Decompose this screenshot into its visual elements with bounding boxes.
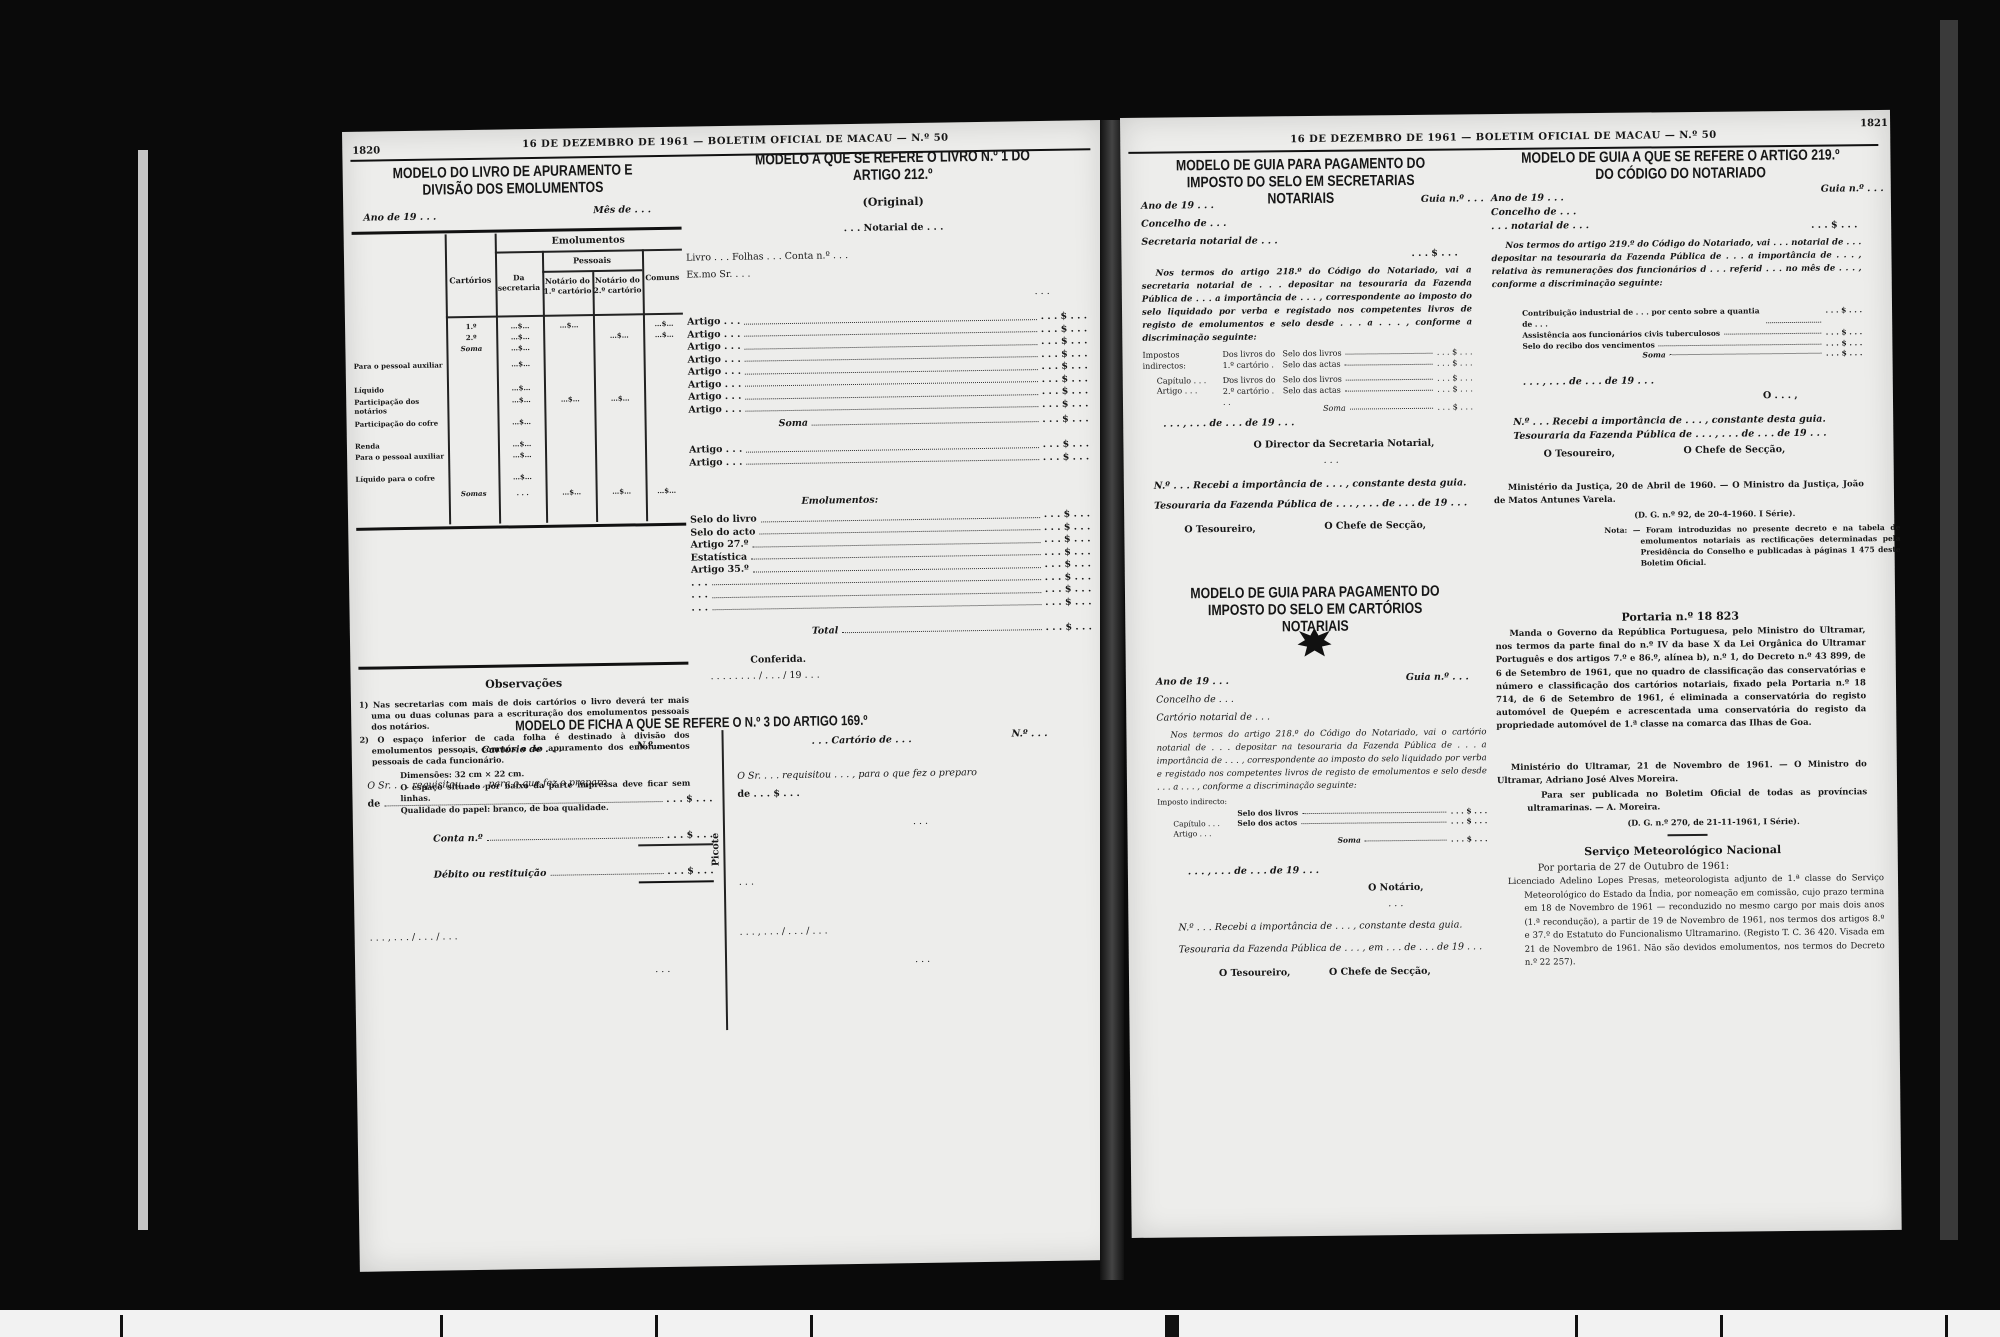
guia-219-title: MODELO DE GUIA A QUE SE REFERE O ARTIGO … [1516, 146, 1844, 183]
cell-cartorio [448, 396, 496, 397]
notarial-line: . . . Notarial de . . . [703, 218, 1083, 237]
soma-row: Soma. . . $ . . . [1642, 348, 1862, 359]
chefe-signature: O Chefe de Secção, [1329, 965, 1431, 979]
cell-n2: …$… [596, 393, 644, 403]
cell-label: Participação do cofre [355, 418, 447, 428]
col-group-emolumentos: Emolumentos [495, 233, 682, 249]
apuramento-table: Emolumentos Pessoais Cartórios Da secret… [352, 231, 687, 526]
recebi-line: N.º . . . Recebi a importância de . . . … [1178, 918, 1462, 934]
cell-n2: …$… [598, 486, 646, 496]
ellipsis: . . . [915, 953, 930, 966]
observacoes-title: Observações [359, 675, 689, 693]
cell-n1 [545, 331, 593, 332]
cell-cartorio: 1.º [447, 322, 495, 332]
cell-secretaria: …$… [497, 332, 543, 342]
cell-n1 [547, 438, 595, 439]
artigos2-list: Artigo . . .. . . $ . . .Artigo . . .. .… [689, 438, 1089, 469]
secretaria-field: Secretaria notarial de . . . [1141, 234, 1278, 248]
cell-label [353, 322, 445, 323]
microfilm-edge [138, 150, 148, 1230]
cell-n1 [546, 358, 594, 359]
cell-n2 [596, 381, 644, 382]
recebi-line: N.º . . . Recebi a importância de . . . … [1154, 476, 1467, 492]
book-edge [1940, 20, 1958, 1240]
cell-n2 [596, 415, 644, 416]
cell-secretaria: …$… [497, 321, 543, 331]
nota: Nota: — Foram introduzidas no presente d… [1604, 522, 1900, 569]
portaria-body: Manda o Governo da República Portuguesa,… [1495, 624, 1866, 733]
concelho-field: Concelho de . . . [1141, 217, 1226, 231]
table-row: Para o pessoal auxiliar…$… [354, 357, 684, 362]
conferida-label: Conferida. [750, 653, 806, 667]
cell-comuns: …$… [645, 330, 683, 340]
chefe-signature: O Chefe de Secção, [1683, 443, 1785, 457]
notario-signature: O Notário, [1368, 881, 1424, 895]
cell-cartorio [449, 473, 497, 474]
cell-secretaria: …$… [499, 439, 545, 449]
table-row: Líquido…$… [354, 381, 684, 386]
concelho-field: Concelho de . . . [1491, 205, 1576, 219]
ficha-stub-amount: de . . . $ . . . [737, 787, 799, 801]
cell-cartorio: 2.º [447, 333, 495, 343]
cell-n1: …$… [548, 487, 596, 497]
col-cartorios: Cartórios [445, 274, 495, 288]
guia-cartorios-title: MODELO DE GUIA PARA PAGAMENTO DO IMPOSTO… [1175, 583, 1454, 637]
cell-cartorio [448, 360, 496, 361]
table-row: Somas. . .…$……$……$… [356, 486, 686, 491]
ellipsis: . . . [1324, 454, 1339, 467]
meteorologico-body: Licenciado Adelino Lopes Presas, meteoro… [1508, 872, 1885, 970]
meteorologico-intro: Por portaria de 27 de Outubro de 1961: [1538, 860, 1729, 875]
cell-comuns [645, 341, 683, 342]
guia-field: Guia n.º . . . [1821, 182, 1884, 196]
guia-219-items: Contribuição industrial de . . . por cen… [1522, 304, 1862, 352]
director-signature: O Director da Secretaria Notarial, [1253, 437, 1434, 452]
ficha-stub-cartorio: . . . Cartório de . . . [812, 733, 912, 748]
dg-reference: (D. G. n.º 270, de 21-11-1961, I Série). [1627, 815, 1799, 830]
right-page: 16 DE DEZEMBRO DE 1961 — BOLETIM OFICIAL… [1120, 110, 1902, 1238]
cell-n2 [596, 357, 644, 358]
cell-n1 [547, 449, 595, 450]
col-comuns: Comuns [642, 271, 682, 285]
cell-n1 [545, 342, 593, 343]
cell-secretaria: . . . [500, 488, 546, 498]
ficha-cartorio: . . . Cartório de . . . [462, 743, 562, 758]
guia-secretarias-paragraph: Nos termos do artigo 218.º do Código do … [1142, 264, 1473, 345]
cell-cartorio [448, 384, 496, 385]
ministerio-justica: Ministério da Justiça, 20 de Abril de 19… [1494, 478, 1864, 508]
cell-n2 [595, 341, 643, 342]
cell-label: Para o pessoal auxiliar [355, 451, 447, 461]
table-row: Líquido para o cofre…$… [355, 470, 685, 475]
ano-field: Ano de 19 . . . [1141, 199, 1214, 213]
cell-comuns [646, 415, 684, 416]
total-row: Total. . . $ . . . [692, 620, 1092, 639]
imposto-block: Imposto indirecto: Capítulo . . . Artigo… [1157, 794, 1487, 797]
cell-label [353, 333, 445, 334]
cell-secretaria: …$… [499, 450, 545, 460]
running-header: 16 DE DEZEMBRO DE 1961 — BOLETIM OFICIAL… [1290, 130, 1717, 145]
cell-cartorio [449, 418, 497, 419]
table-row: 1.º…$……$……$… [353, 319, 683, 324]
cell-label [353, 344, 445, 345]
cell-cartorio: Soma [447, 344, 495, 354]
page-number: 1821 [1860, 118, 1888, 129]
cell-cartorio: Somas [450, 489, 498, 499]
cell-comuns [647, 437, 685, 438]
running-header: 16 DE DEZEMBRO DE 1961 — BOLETIM OFICIAL… [522, 132, 949, 150]
cell-label: Para o pessoal auxiliar [354, 360, 446, 370]
amount-field: . . . $ . . . [1411, 246, 1457, 259]
livro-folhas-conta: Livro . . . Folhas . . . Conta n.º . . . [686, 249, 848, 265]
cell-comuns [646, 381, 684, 382]
cell-comuns [647, 470, 685, 471]
cell-secretaria: …$… [498, 359, 544, 369]
film-strip [0, 1310, 2000, 1337]
date-line: . . . , . . . de . . . de 19 . . . [1163, 416, 1294, 430]
table-row: Participação do cofre…$… [355, 415, 685, 420]
chefe-signature: O Chefe de Secção, [1324, 519, 1426, 533]
amount-field: . . . $ . . . [1811, 218, 1857, 231]
cell-label [356, 489, 448, 490]
ficha-stub-date: . . . , . . . / . . . / . . . [740, 924, 828, 938]
cell-n1: …$… [545, 320, 593, 330]
cell-n2 [595, 319, 643, 320]
cell-secretaria: …$… [499, 472, 545, 482]
book-gutter [1100, 120, 1124, 1280]
apuramento-rows: 1.º…$……$……$…2.º…$……$……$…Soma…$…Para o pe… [353, 319, 683, 324]
emolumentos-title: Emolumentos: [690, 492, 990, 510]
guia-cartorios-paragraph: Nos termos do artigo 218.º do Código do … [1156, 726, 1487, 794]
cell-n1: …$… [546, 394, 594, 404]
guia-219-paragraph: Nos termos do artigo 219.º do Código do … [1491, 236, 1862, 292]
picote-label: Picote [709, 833, 723, 867]
ministerio-ultramar: Ministério do Ultramar, 21 de Novembro d… [1497, 758, 1867, 788]
ellipsis: . . . [1388, 897, 1403, 910]
signer: O . . . , [1763, 389, 1798, 402]
cell-n2 [597, 448, 645, 449]
col-notario1: Notário do 1.º cartório [542, 276, 592, 297]
page-number: 1820 [352, 145, 380, 156]
cell-secretaria: …$… [498, 383, 544, 393]
tesoureiro-signature: O Tesoureiro, [1184, 523, 1256, 537]
cell-label: Renda [355, 440, 447, 450]
tesouraria-line: Tesouraria da Fazenda Pública de . . . ,… [1154, 496, 1467, 512]
ano-field: Ano de 19 . . . [363, 211, 436, 225]
cell-comuns [647, 448, 685, 449]
ano-field: Ano de 19 . . . [1491, 191, 1564, 205]
dg-reference: (D. G. n.º 92, de 20-4-1960. I Série). [1634, 507, 1795, 522]
ellipsis: . . . [1034, 285, 1049, 298]
concelho-field: Concelho de . . . [1156, 693, 1234, 707]
cartorio-field: Cartório notarial de . . . [1156, 710, 1270, 724]
cell-comuns: …$… [645, 319, 683, 329]
impostos-block: Impostos indirectos: Capítulo . . . Arti… [1142, 346, 1472, 349]
cell-cartorio [449, 440, 497, 441]
ellipsis: . . . [655, 963, 670, 976]
publicada-note: Para ser publicada no Boletim Oficial de… [1527, 786, 1867, 816]
cell-comuns: …$… [648, 486, 686, 496]
date-line: . . . , . . . de . . . de 19 . . . [1188, 864, 1319, 878]
mes-field: Mês de . . . [593, 203, 651, 217]
ficha-date: . . . , . . . / . . . / . . . [370, 930, 458, 944]
exmo-line: Ex.mo Sr. . . . [686, 268, 750, 282]
tesouraria-line: Tesouraria da Fazenda Pública de . . . ,… [1179, 940, 1483, 956]
cell-n2: …$… [595, 330, 643, 340]
cell-secretaria: …$… [499, 417, 545, 427]
cell-secretaria: …$… [497, 343, 543, 353]
meteorologico-title: Serviço Meteorológico Nacional [1498, 842, 1868, 859]
ano-field: Ano de 19 . . . [1156, 675, 1229, 689]
tesouraria-line: Tesouraria da Fazenda Pública de . . . ,… [1513, 427, 1826, 443]
cell-label: Participação dos notários [354, 396, 446, 415]
artigos-list: Artigo . . .. . . $ . . .Artigo . . .. .… [687, 310, 1089, 416]
ficha-numero: N.º . . . [637, 739, 673, 753]
ficha-stub-requisitou: O Sr. . . . requisitou . . . , para o qu… [737, 764, 1097, 783]
original-label: (Original) [703, 192, 1083, 211]
cell-n1 [547, 471, 595, 472]
ficha-debito-row: Débito ou restituição. . . $ . . . [434, 864, 714, 881]
cell-comuns [646, 357, 684, 358]
cell-secretaria: …$… [498, 395, 544, 405]
cell-comuns [646, 393, 684, 394]
notarial-field: . . . notarial de . . . [1491, 219, 1589, 233]
guia-field: Guia n.º . . . [1421, 192, 1484, 206]
ellipsis: . . . [913, 815, 928, 828]
livro-apuramento-title: MODELO DO LIVRO DE APURAMENTO E DIVISÃO … [390, 161, 637, 199]
ficha-stub-numero: N.º . . . [1011, 727, 1047, 741]
cell-n1 [546, 416, 594, 417]
table-row: Soma…$… [353, 341, 683, 346]
picote-line [721, 730, 727, 1030]
table-row: 2.º…$……$……$… [353, 330, 683, 335]
cell-n1 [546, 382, 594, 383]
cell-n2 [597, 437, 645, 438]
cell-cartorio [449, 451, 497, 452]
cell-n2 [597, 470, 645, 471]
guia-field: Guia n.º . . . [1406, 670, 1469, 684]
ellipsis: . . . [739, 876, 754, 889]
portaria-title: Portaria n.º 18 823 [1495, 608, 1865, 625]
left-page: 1820 16 DE DEZEMBRO DE 1961 — BOLETIM OF… [342, 120, 1120, 1272]
col-group-pessoais: Pessoais [542, 253, 642, 268]
date-line: . . . , . . . de . . . de 19 . . . [1523, 374, 1654, 388]
cell-label: Líquido para o cofre [355, 473, 447, 483]
livro-n1-title: MODELO A QUE SE REFERE O LIVRO N.º 1 DO … [737, 147, 1049, 186]
col-secretaria: Da secretaria [495, 273, 542, 294]
col-notario2: Notário do 2.º cartório [592, 275, 642, 296]
tesoureiro-signature: O Tesoureiro, [1219, 966, 1291, 980]
tesoureiro-signature: O Tesoureiro, [1543, 447, 1615, 461]
emolumentos-list: Selo do livro. . . $ . . .Selo do acto. … [690, 508, 1092, 614]
table-row: Renda…$… [355, 437, 685, 442]
cell-label: Líquido [354, 384, 446, 394]
conferida-date: . . . . . . . . / . . . / 19 . . . [711, 669, 820, 684]
